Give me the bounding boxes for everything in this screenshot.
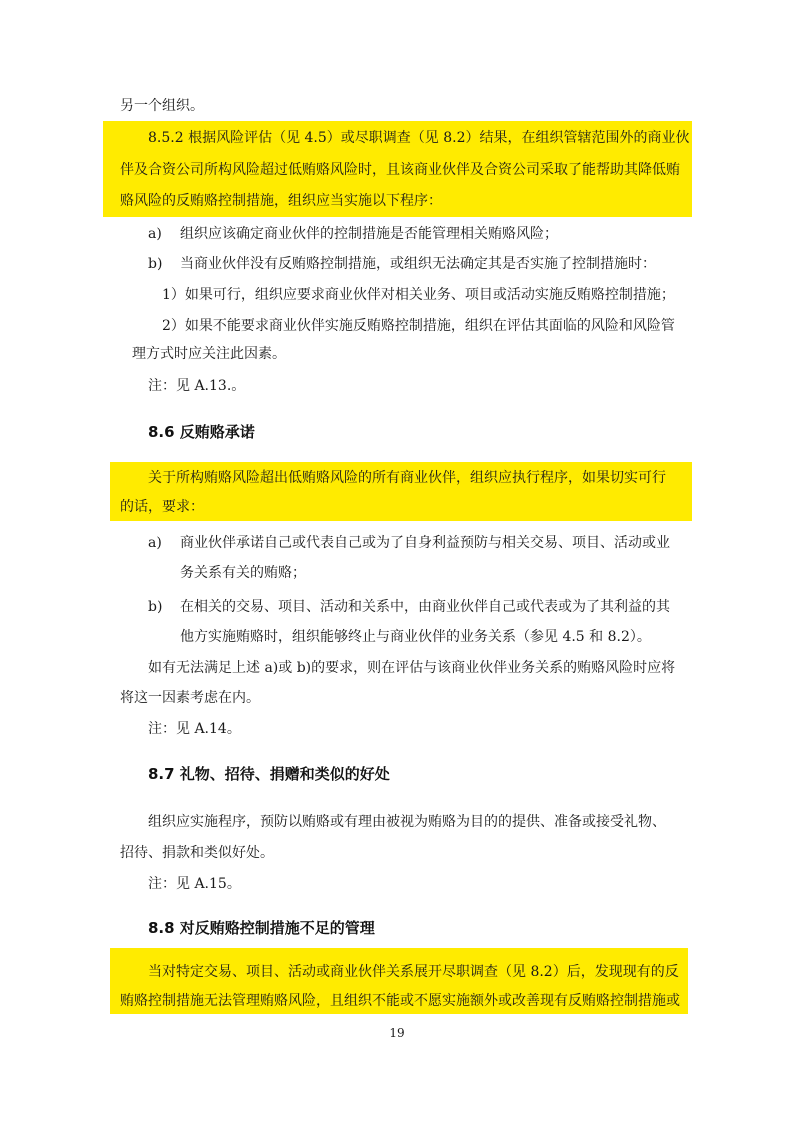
heading-8-6: 8.6 反贿赂承诺 (148, 422, 255, 442)
paragraph-line-1: 如有无法满足上述 a)或 b)的要求，则在评估与该商业伙伴业务关系的贿赂风险时应… (148, 658, 675, 678)
heading-8-7: 8.7 礼物、招待、捐赠和类似的好处 (148, 764, 390, 784)
list-marker-b: b) (148, 254, 162, 274)
list-marker-b: b) (148, 597, 162, 617)
clause-8-6-intro-line-1: 关于所构贿赂风险超出低贿赂风险的所有商业伙伴，组织应执行程序，如果切实可行 (148, 468, 666, 488)
clause-8-8-line-1: 当对特定交易、项目、活动或商业伙伴关系展开尽职调查（见 8.2）后，发现现有的反 (148, 962, 679, 982)
continuation-text: 另一个组织。 (120, 96, 204, 116)
clause-8-7-line-1: 组织应实施程序，预防以贿赂或有理由被视为贿赂为目的的提供、准备或接受礼物、 (148, 812, 666, 832)
clause-8-5-2-line-3: 赂风险的反贿赂控制措施，组织应当实施以下程序： (120, 191, 442, 211)
list-item-b: 当商业伙伴没有反贿赂控制措施，或组织无法确定其是否实施了控制措施时： (180, 254, 656, 274)
clause-8-6-intro-line-2: 的话，要求： (120, 497, 204, 517)
list-marker-a: a) (148, 533, 162, 553)
note-a14: 注：见 A.14。 (148, 719, 241, 739)
sub-item-2-line-2: 理方式时应关注此因素。 (132, 344, 286, 364)
clause-8-8-line-2: 贿赂控制措施无法管理贿赂风险，且组织不能或不愿实施额外或改善现有反贿赂控制措施或 (120, 991, 680, 1011)
note-a13: 注：见 A.13.。 (148, 376, 245, 396)
clause-8-5-2-line-1: 8.5.2 根据风险评估（见 4.5）或尽职调查（见 8.2）结果，在组织管辖范… (148, 128, 690, 148)
list-item-a-line-2: 务关系有关的贿赂； (180, 563, 306, 583)
list-marker-a: a) (148, 224, 162, 244)
paragraph-line-2: 将这一因素考虑在内。 (120, 688, 260, 708)
note-a15: 注：见 A.15。 (148, 874, 241, 894)
list-item-a-line-1: 商业伙伴承诺自己或代表自己或为了自身利益预防与相关交易、项目、活动或业 (180, 533, 670, 553)
list-item-b-line-2: 他方实施贿赂时，组织能够终止与商业伙伴的业务关系（参见 4.5 和 8.2）。 (180, 627, 651, 647)
clause-8-5-2-line-2: 伴及合资公司所构风险超过低贿赂风险时，且该商业伙伴及合资公司采取了能帮助其降低贿 (120, 160, 680, 180)
clause-8-7-line-2: 招待、捐款和类似好处。 (120, 843, 274, 863)
sub-item-1: 1）如果可行，组织应要求商业伙伴对相关业务、项目或活动实施反贿赂控制措施； (162, 285, 675, 305)
list-item-b-line-1: 在相关的交易、项目、活动和关系中，由商业伙伴自己或代表或为了其利益的其 (180, 597, 670, 617)
list-item-a: 组织应该确定商业伙伴的控制措施是否能管理相关贿赂风险； (180, 224, 558, 244)
page-number: 19 (0, 1026, 794, 1040)
sub-item-2-line-1: 2）如果不能要求商业伙伴实施反贿赂控制措施，组织在评估其面临的风险和风险管 (162, 316, 675, 336)
heading-8-8: 8.8 对反贿赂控制措施不足的管理 (148, 918, 375, 938)
